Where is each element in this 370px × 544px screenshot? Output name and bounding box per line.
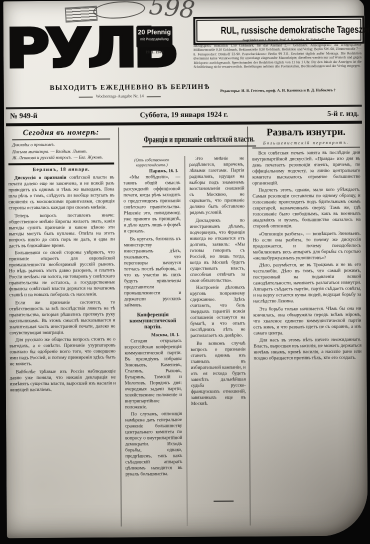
masthead-logo: РУЛЬ xyxy=(5,20,153,77)
edition-year: 5-й г. изд. xyxy=(327,107,359,120)
razval-subtitle: Большевистскій переворотъ. xyxy=(252,140,360,149)
correspondent-byline: (Отъ собственнаго корреспондента.) xyxy=(123,157,180,167)
editorial-lead-bold: Дискуссія о признаніи xyxy=(14,176,66,181)
column-divider xyxy=(184,156,188,526)
german-title: RUL, russische demokratische Tageszeitun… xyxy=(221,25,370,38)
newspaper-page: 598 РУЛЬ 20 Pfennig mit Postzustellung 1… xyxy=(3,0,368,538)
main-headline-wrap: Франція и признаніе совѣтской власти. xyxy=(120,129,247,156)
column-razval: Развалъ изнутри. Большевистскій переворо… xyxy=(252,126,363,526)
price-box-date: 19. 1. 1924 xyxy=(136,49,172,54)
france-body-b: Это мнѣніе не раздѣляется, впрочемъ, лѣв… xyxy=(189,157,246,408)
today-header: Сегодня въ номерѣ: xyxy=(8,127,114,138)
founders-line: Gegründet von J. Hessen, Prof. A. Kamink… xyxy=(204,38,364,43)
razval-headline: Развалъ изнутри. xyxy=(252,127,360,140)
razval-body: Вся совѣтская печать занята въ послѣдніе… xyxy=(252,150,361,362)
today-list: Доклады о прошломъ.Письма министра. — Вл… xyxy=(8,141,114,161)
editorial-body: Теперь вопросъ поставленъ иначе: обществ… xyxy=(9,213,116,394)
price-box: 20 Pfennig mit Postzustellung xyxy=(136,26,172,47)
column-france-left: (Отъ собственнаго корреспондента.) Париж… xyxy=(123,157,183,526)
edition-note: Wochentags-Ausgabe Nr. 14 xyxy=(50,93,190,99)
german-title-box: RUL, russische demokratische Tageszeitun… xyxy=(193,16,364,45)
masthead-tagline: ВЫХОДИТЪ ЕЖЕДНЕВНО ВЪ БЕРЛИНѢ xyxy=(50,83,190,92)
france-body-a: «Мы побѣдили», — таковъ общій смыслъ раз… xyxy=(123,175,181,309)
issue-date: Суббота, 19 января 1924 г. xyxy=(6,107,362,122)
photo-backdrop: { "annotations": { "handwritten_number":… xyxy=(0,0,370,544)
price-value: 20 Pfennig xyxy=(136,28,172,37)
city-dateline: Берлинъ, 18 января. xyxy=(8,168,114,175)
wire-dateline: Парижъ, 16. I. xyxy=(125,168,178,174)
article-end-rule xyxy=(214,501,234,502)
column-france-right: Это мнѣніе не раздѣляется, впрочемъ, лѣв… xyxy=(189,157,247,526)
main-headline: Франція и признаніе совѣтской власти. xyxy=(142,134,256,148)
editors-line: Редакторы: И. В. Гессенъ, проф. А. И. Ка… xyxy=(194,88,362,97)
conference-body: Сегодня открылась всероссійская конферен… xyxy=(124,339,182,479)
column-today: Сегодня въ номерѣ: Доклады о прошломъ.Пи… xyxy=(8,127,117,527)
column-divider xyxy=(247,127,251,526)
dateline-row: № 949-й Суббота, 19 января 1924 г. 5-й г… xyxy=(6,107,362,122)
subheadline: Конференція коммунистической партіи. xyxy=(124,312,181,332)
column-divider xyxy=(118,127,122,526)
german-fine-print: Bezugspreis: monatlich 1,50 Goldmark, fü… xyxy=(193,43,361,88)
wire-dateline: Москва, 18. I. xyxy=(126,332,179,338)
price-note: mit Postzustellung xyxy=(136,37,172,41)
german-title-box-inner: RUL, russische demokratische Tageszeitun… xyxy=(196,19,361,42)
rule xyxy=(12,139,110,141)
editorial-lead-paragraph: Дискуссія о признаніи совѣтской власти в… xyxy=(8,176,114,213)
rule xyxy=(8,162,114,165)
